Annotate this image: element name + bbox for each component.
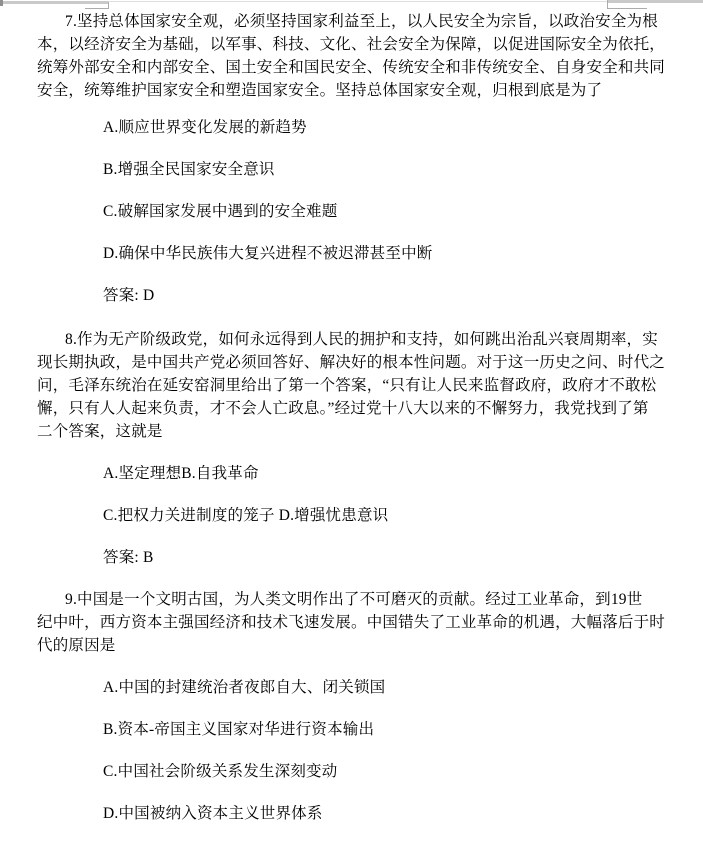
question-9-option-d: D.中国被纳入资本主义世界体系 [103,802,668,825]
question-9-option-c: C.中国社会阶级关系发生深刻变动 [103,760,668,783]
question-9-stem: 9.中国是一个文明古国，为人类文明作出了不可磨灭的贡献。经过工业革命，到19世 … [37,588,668,657]
stem-line: 二个答案，这就是 [37,420,668,443]
question-9-option-b: B.资本-帝国主义国家对华进行资本输出 [103,718,668,741]
stem-line: 问，毛泽东统治在延安窑洞里给出了第一个答案，“只有让人民来监督政府，政府才不敢松 [37,374,668,397]
stem-line: 纪中叶，西方资本主强国经济和技术飞速发展。中国错失了工业革命的机遇，大幅落后于时 [37,611,668,634]
question-7-option-c: C.破解国家发展中遇到的安全难题 [103,200,668,223]
question-8-options-cd: C.把权力关进制度的笼子 D.增强忧患意识 [103,504,668,527]
question-8-answer: 答案: B [103,546,668,569]
stem-line: 现长期执政，是中国共产党必须回答好、解决好的根本性问题。对于这一历史之问、时代之 [37,351,668,374]
stem-line: 本，以经济安全为基础，以军事、科技、文化、社会安全为保障，以促进国际安全为依托， [37,33,668,56]
question-7-option-a: A.顺应世界变化发展的新趋势 [103,116,668,139]
stem-line: 统筹外部安全和内部安全、国土安全和国民安全、传统安全和非传统安全、自身安全和共同 [37,56,668,79]
stem-line: 代的原因是 [37,634,668,657]
question-9-option-a: A.中国的封建统治者夜郎自大、闭关锁国 [103,676,668,699]
question-7-option-d: D.确保中华民族伟大复兴进程不被迟滞甚至中断 [103,242,668,265]
stem-line: 7.坚持总体国家安全观，必须坚持国家利益至上，以人民安全为宗旨，以政治安全为根 [37,10,668,33]
question-7-option-b: B.增强全民国家安全意识 [103,158,668,181]
stem-line: 懈，只有人人起来负责，才不会人亡政息。”经过党十八大以来的不懈努力，我党找到了第 [37,397,668,420]
question-8-stem: 8.作为无产阶级政党，如何永远得到人民的拥护和支持，如何跳出治乱兴衰周期率，实 … [37,328,668,443]
question-7-stem: 7.坚持总体国家安全观，必须坚持国家利益至上，以人民安全为宗旨，以政治安全为根 … [37,10,668,102]
document-page: 7.坚持总体国家安全观，必须坚持国家利益至上，以人民安全为宗旨，以政治安全为根 … [0,0,703,825]
stem-line: 8.作为无产阶级政党，如何永远得到人民的拥护和支持，如何跳出治乱兴衰周期率，实 [37,328,668,351]
stem-line: 安全，统筹维护国家安全和塑造国家安全。坚持总体国家安全观，归根到底是为了 [37,79,668,102]
question-8-options-ab: A.坚定理想B.自我革命 [103,462,668,485]
question-7-answer: 答案: D [103,284,668,307]
stem-line: 9.中国是一个文明古国，为人类文明作出了不可磨灭的贡献。经过工业革命，到19世 [37,588,668,611]
